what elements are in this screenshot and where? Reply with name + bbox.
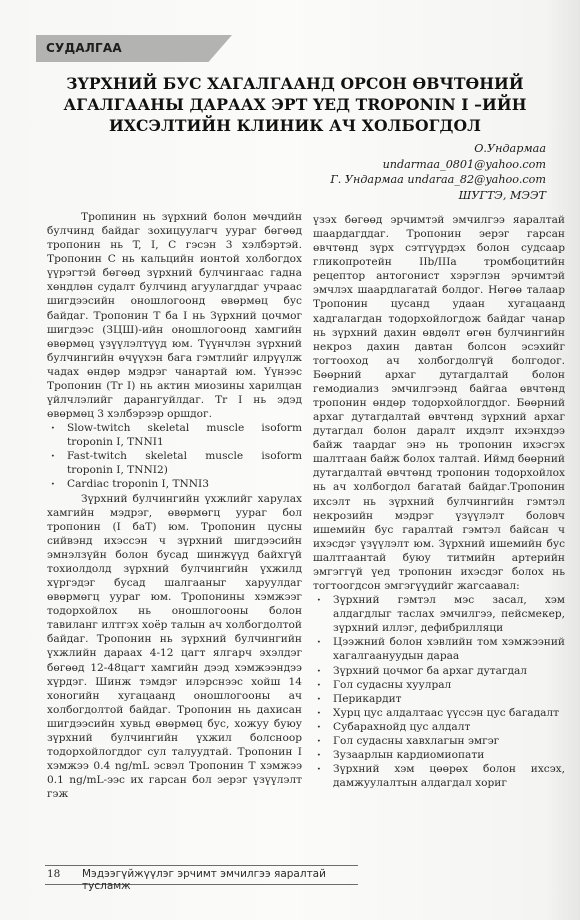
- list-item: Хурц цус алдалтаас үүссэн цус багадалт: [313, 706, 565, 720]
- affiliation: ШУГТЭ, МЭЭТ: [226, 188, 546, 204]
- list-item: Slow-twitch skeletal muscle isoform trop…: [47, 421, 302, 449]
- list-item: Цээжний болон хэвлийн том хэмжээний хага…: [313, 635, 565, 663]
- list-item: Fast-twitch skeletal muscle isoform trop…: [47, 449, 302, 477]
- author-email-1: undarmaa_0801@yahoo.com: [226, 157, 546, 173]
- list-item: Гол судасны хавхлагын эмгэг: [313, 734, 565, 748]
- isoform-list: Slow-twitch skeletal muscle isoform trop…: [47, 421, 302, 491]
- list-item: Субарахнойд цус алдалт: [313, 720, 565, 734]
- page-number: 18: [47, 868, 60, 880]
- list-item: Зүрхний хэм цөөрөх болон ихсэх, дамжуула…: [313, 762, 565, 790]
- list-item: Cardiac troponin I, TNNI3: [47, 477, 302, 491]
- list-item: Перикардит: [313, 692, 565, 706]
- intro-paragraph: Тропинин нь зүрхний болон мөчдийн булчин…: [47, 210, 302, 421]
- right-column: үзэх бөгөөд эрчимтэй эмчилгээ яаралтай ш…: [313, 213, 565, 790]
- body-paragraph: Зүрхний булчингийн үхжлийг харулах хамги…: [47, 492, 302, 802]
- list-item: Зүрхний гэмтэл мэс засал, хэм алдагдлыг …: [313, 593, 565, 635]
- journal-name: Мэдээгүйжүүлэг эрчимт эмчилгээ яаралтай …: [82, 868, 358, 892]
- author-2: Г. Ундармаа undaraa_82@yahoo.com: [226, 172, 546, 188]
- article-title: ЗҮРХНИЙ БУС ХАГАЛГААНД ОРСОН ӨВЧТӨНИЙ АГ…: [60, 73, 530, 136]
- section-tag: СУДАЛГАА: [36, 35, 232, 62]
- section-label: СУДАЛГАА: [46, 41, 122, 55]
- page-footer: 18 Мэдээгүйжүүлэг эрчимт эмчилгээ яаралт…: [45, 865, 358, 885]
- authors-block: О.Ундармаа undarmaa_0801@yahoo.com Г. Ун…: [226, 141, 546, 203]
- list-item: Зузаарлын кардиомиопати: [313, 748, 565, 762]
- list-item: Гол судасны хуулрал: [313, 678, 565, 692]
- author-name-1: О.Ундармаа: [226, 141, 546, 157]
- continued-paragraph: үзэх бөгөөд эрчимтэй эмчилгээ яаралтай ш…: [313, 213, 565, 593]
- conditions-list: Зүрхний гэмтэл мэс засал, хэм алдагдлыг …: [313, 593, 565, 790]
- list-item: Зүрхний цочмог ба архаг дутагдал: [313, 664, 565, 678]
- left-column: Тропинин нь зүрхний болон мөчдийн булчин…: [47, 210, 302, 801]
